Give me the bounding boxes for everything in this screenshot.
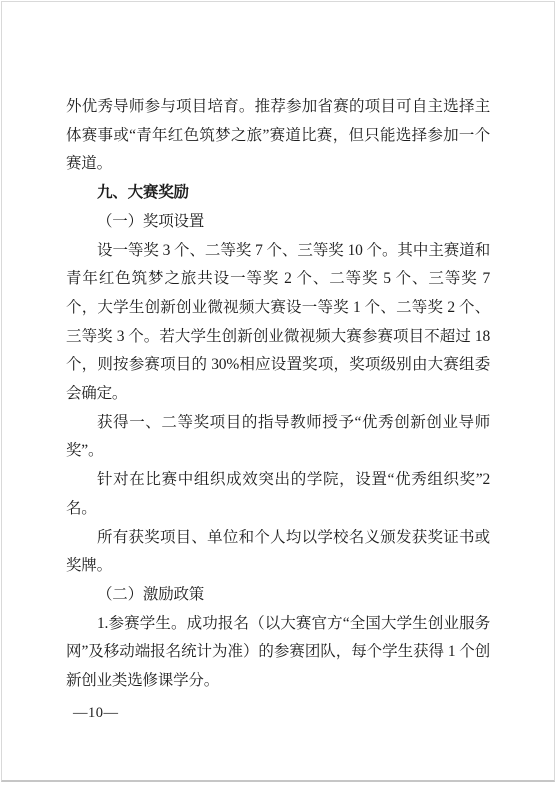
text-content: 外优秀导师参与项目培育。推荐参加省赛的项目可自主选择主体赛事或“青年红色筑梦之旅… [2,2,554,696]
subsection-heading-awards: （一）奖项设置 [66,208,490,237]
paragraph-student-incentive: 1.参赛学生。成功报名（以大赛官方“全国大学生创业服务网”及移动端报名统计为准）… [66,610,490,696]
subsection-heading-incentives: （二）激励政策 [66,581,490,610]
document-viewport: 外优秀导师参与项目培育。推荐参加省赛的项目可自主选择主体赛事或“青年红色筑梦之旅… [0,0,559,789]
paragraph-award-setup: 设一等奖 3 个、二等奖 7 个、三等奖 10 个。其中主赛道和青年红色筑梦之旅… [66,237,490,409]
paragraph-continuation: 外优秀导师参与项目培育。推荐参加省赛的项目可自主选择主体赛事或“青年红色筑梦之旅… [66,93,490,179]
page-number: —10— [73,704,119,722]
section-heading: 九、大赛奖励 [66,179,490,208]
document-page: 外优秀导师参与项目培育。推荐参加省赛的项目可自主选择主体赛事或“青年红色筑梦之旅… [1,1,555,782]
paragraph-organization-award: 针对在比赛中组织成效突出的学院，设置“优秀组织奖”2 名。 [66,466,490,523]
paragraph-certificates: 所有获奖项目、单位和个人均以学校名义颁发获奖证书或奖牌。 [66,524,490,581]
paragraph-mentor-award: 获得一、二等奖项目的指导教师授予“优秀创新创业导师奖”。 [66,409,490,466]
